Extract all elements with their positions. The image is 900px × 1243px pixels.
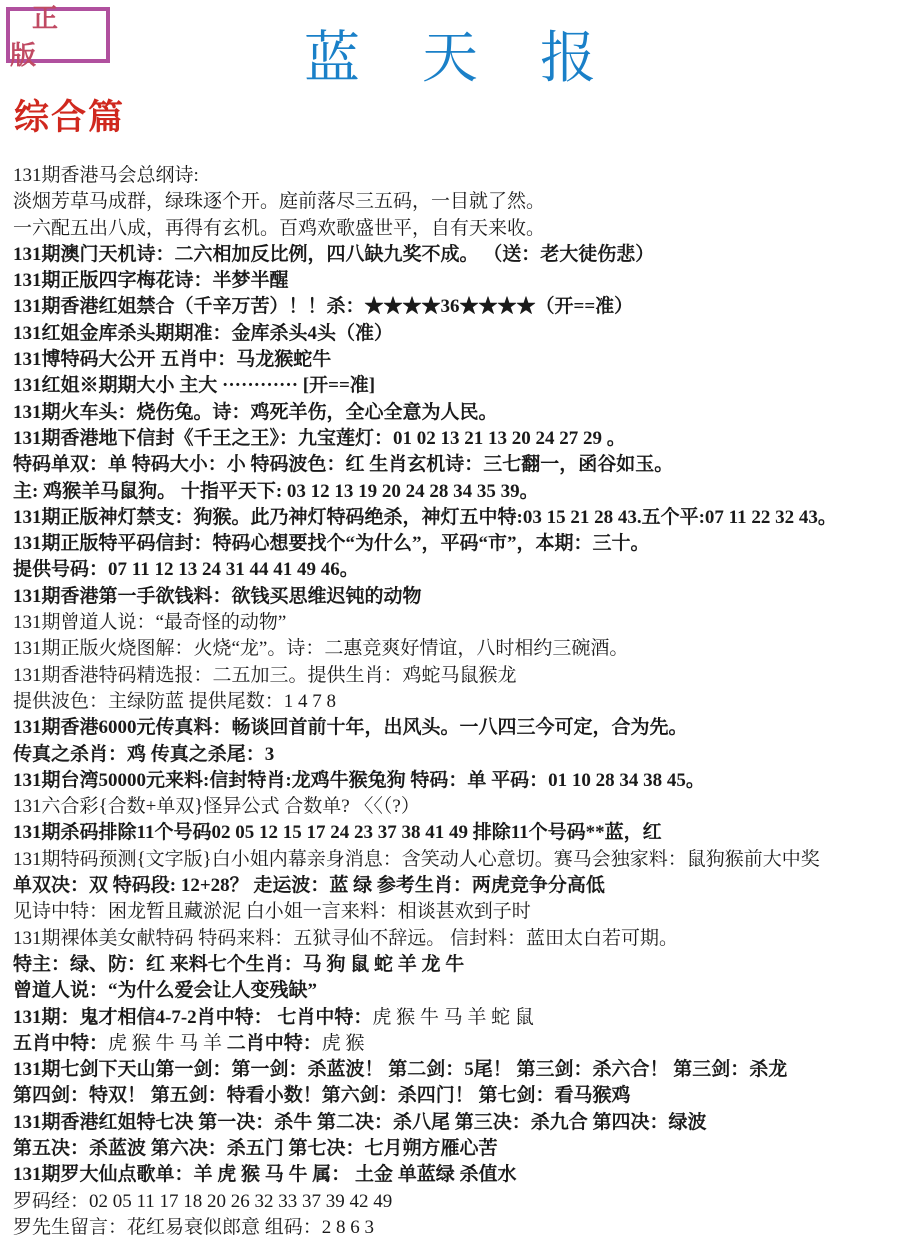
line-segment: 特码单双：单 特码大小：小 特码波色：红 生肖玄机诗：三七翻一，函谷如玉。 bbox=[13, 454, 673, 475]
line-segment: 虎 猴 bbox=[322, 1033, 365, 1054]
line-segment: 马 狗 鼠 蛇 羊 龙 牛 bbox=[303, 954, 465, 975]
report-line: 五肖中特：虎 猴 牛 马 羊 二肖中特：虎 猴 bbox=[13, 1031, 900, 1057]
report-line: 131期香港6000元传真料：畅谈回首前十年，出风头。一八四三今可定，合为先。 bbox=[13, 715, 900, 741]
report-line: 主: 鸡猴羊马鼠狗。 十指平天下: 03 12 13 19 20 24 28 3… bbox=[13, 479, 900, 505]
line-segment: 131期正版四字梅花诗：半梦半醒 bbox=[13, 270, 289, 291]
line-segment: 131期正版火烧图解：火烧“龙”。诗：二惠竞爽好情谊，八时相约三碗酒。 bbox=[13, 638, 628, 659]
line-segment: 131期杀码排除11个号码02 05 12 15 17 24 23 37 38 … bbox=[13, 822, 662, 843]
section-title: 综合篇 bbox=[14, 90, 125, 140]
report-line: 罗先生留言：花红易衰似郎意 组码：2 8 6 3 bbox=[13, 1215, 900, 1241]
report-line: 131期正版四字梅花诗：半梦半醒 bbox=[13, 268, 900, 294]
report-line: 单双决：双 特码段: 12+28？ 走运波：蓝 绿 参考生肖：两虎竞争分高低 bbox=[13, 873, 900, 899]
report-line: 第五决：杀蓝波 第六决：杀五门 第七决：七月朔方雁心苦 bbox=[13, 1136, 900, 1162]
line-segment: 罗码经：02 05 11 17 18 20 26 32 33 37 39 42 … bbox=[13, 1191, 392, 1212]
report-line: 131期正版特平码信封：特码心想要找个“为什么”，平码“市”，本期：三十。 bbox=[13, 531, 900, 557]
line-segment: 131期裸体美女献特码 特码来料：五狱寻仙不辞远。 信封料：蓝田太白若可期。 bbox=[13, 928, 678, 949]
report-line: 131期香港红姐特七决 第一决：杀牛 第二决：杀八尾 第三决：杀九合 第四决：绿… bbox=[13, 1110, 900, 1136]
report-line: 提供波色：主绿防蓝 提供尾数：1 4 7 8 bbox=[13, 689, 900, 715]
report-line: 131期正版神灯禁支：狗猴。此乃神灯特码绝杀，神灯五中特:03 15 21 28… bbox=[13, 505, 900, 531]
report-line: 131期特码预测{文字版}白小姐内幕亲身消息：含笑动人心意切。赛马会独家料：鼠狗… bbox=[13, 847, 900, 873]
report-line: 131期香港地下信封《千王之王》：九宝莲灯：01 02 13 21 13 20 … bbox=[13, 426, 900, 452]
line-segment: 131期正版特平码信封：特码心想要找个“为什么”，平码“市”，本期：三十。 bbox=[13, 533, 650, 554]
report-line: 131期正版火烧图解：火烧“龙”。诗：二惠竞爽好情谊，八时相约三碗酒。 bbox=[13, 636, 900, 662]
report-line: 传真之杀肖：鸡 传真之杀尾：3 bbox=[13, 742, 900, 768]
line-segment: 罗先生留言：花红易衰似郎意 组码：2 8 6 3 bbox=[13, 1217, 374, 1238]
report-line: 131期香港特码精选报：二五加三。提供生肖：鸡蛇马鼠猴龙 bbox=[13, 663, 900, 689]
line-segment: 131期香港第一手欲钱料：欲钱买思维迟钝的动物 bbox=[13, 586, 422, 607]
line-segment: 131期正版神灯禁支：狗猴。此乃神灯特码绝杀，神灯五中特:03 15 21 28… bbox=[13, 507, 837, 528]
line-segment: 131期香港6000元传真料：畅谈回首前十年，出风头。一八四三今可定，合为先。 bbox=[13, 717, 688, 738]
line-segment: 131期：鬼才相信4-7-2肖中特： 七肖中特： bbox=[13, 1007, 372, 1028]
line-segment: 131博特码大公开 五肖中：马龙猴蛇牛 bbox=[13, 349, 331, 370]
report-body: 131期香港马会总纲诗:淡烟芳草马成群，绿珠逐个开。庭前落尽三五码，一目就了然。… bbox=[13, 163, 900, 1241]
line-segment: 主: 鸡猴羊马鼠狗。 十指平天下: 03 12 13 19 20 24 28 3… bbox=[13, 481, 539, 502]
line-segment: 传真之杀肖：鸡 传真之杀尾：3 bbox=[13, 744, 274, 765]
line-segment: 131期火车头：烧伤兔。诗：鸡死羊伤，全心全意为人民。 bbox=[13, 402, 498, 423]
report-line: 131博特码大公开 五肖中：马龙猴蛇牛 bbox=[13, 347, 900, 373]
line-segment: 131期香港地下信封《千王之王》：九宝莲灯：01 02 13 21 13 20 … bbox=[13, 428, 626, 449]
report-line: 131期杀码排除11个号码02 05 12 15 17 24 23 37 38 … bbox=[13, 820, 900, 846]
report-line: 第四剑：特双！ 第五剑：特看小数！第六剑：杀四门！ 第七剑：看马猴鸡 bbox=[13, 1083, 900, 1109]
line-segment: 131期特码预测{文字版}白小姐内幕亲身消息：含笑动人心意切。赛马会独家料：鼠狗… bbox=[13, 849, 820, 870]
line-segment: 虎 猴 牛 马 羊 蛇 鼠 bbox=[372, 1007, 534, 1028]
report-line: 131期台湾50000元来料:信封特肖:龙鸡牛猴兔狗 特码：单 平码：01 10… bbox=[13, 768, 900, 794]
line-segment: 淡烟芳草马成群，绿珠逐个开。庭前落尽三五码，一目就了然。 bbox=[13, 191, 545, 212]
report-line: 特码单双：单 特码大小：小 特码波色：红 生肖玄机诗：三七翻一，函谷如玉。 bbox=[13, 452, 900, 478]
line-segment: 曾道人说：“为什么爱会让人变残缺” bbox=[13, 980, 317, 1001]
page-title: 蓝天报 bbox=[0, 14, 900, 94]
line-segment: 虎 猴 牛 马 羊 bbox=[108, 1033, 222, 1054]
report-line: 131期裸体美女献特码 特码来料：五狱寻仙不辞远。 信封料：蓝田太白若可期。 bbox=[13, 926, 900, 952]
report-line: 131红姐※期期大小 主大 ············ [开==准] bbox=[13, 373, 900, 399]
report-line: 131期罗大仙点歌单：羊 虎 猴 马 牛 属： 土金 单蓝绿 杀值水 bbox=[13, 1162, 900, 1188]
report-line: 见诗中特：困龙暂且藏淤泥 白小姐一言来料：相谈甚欢到子时 bbox=[13, 899, 900, 925]
line-segment: 131红姐※期期大小 主大 ············ [开==准] bbox=[13, 375, 375, 396]
line-segment: 第四剑：特双！ 第五剑：特看小数！第六剑：杀四门！ 第七剑：看马猴鸡 bbox=[13, 1085, 631, 1106]
line-segment: 131期香港特码精选报：二五加三。提供生肖：鸡蛇马鼠猴龙 bbox=[13, 665, 517, 686]
report-line: 罗码经：02 05 11 17 18 20 26 32 33 37 39 42 … bbox=[13, 1189, 900, 1215]
line-segment: 一六配五出八成，再得有玄机。百鸡欢歌盛世平，自有天来收。 bbox=[13, 218, 545, 239]
report-line: 131红姐金库杀头期期准：金库杀头4头（准） bbox=[13, 321, 900, 347]
line-segment: 五肖中特： bbox=[13, 1033, 108, 1054]
line-segment: 131期香港红姐特七决 第一决：杀牛 第二决：杀八尾 第三决：杀九合 第四决：绿… bbox=[13, 1112, 707, 1133]
line-segment: 特主：绿、防：红 来料七个生肖： bbox=[13, 954, 303, 975]
report-line: 一六配五出八成，再得有玄机。百鸡欢歌盛世平，自有天来收。 bbox=[13, 216, 900, 242]
report-line: 131期香港红姐禁合（千辛万苦）！！杀：★★★★36★★★★（开==准） bbox=[13, 294, 900, 320]
line-segment: 131期罗大仙点歌单：羊 虎 猴 马 牛 属： 土金 单蓝绿 杀值水 bbox=[13, 1164, 517, 1185]
line-segment: 131期七剑下天山第一剑：第一剑：杀蓝波！ 第二剑：5尾！ 第三剑：杀六合！ 第… bbox=[13, 1059, 787, 1080]
line-segment: 131期澳门天机诗：二六相加反比例，四八缺九奖不成。 （送：老大徒伤悲） bbox=[13, 244, 654, 265]
report-line: 131六合彩{合数+单双}怪异公式 合数单? 〈〈（?） bbox=[13, 794, 900, 820]
report-line: 131期火车头：烧伤兔。诗：鸡死羊伤，全心全意为人民。 bbox=[13, 400, 900, 426]
line-segment: 131期香港马会总纲诗: bbox=[13, 165, 199, 186]
report-line: 特主：绿、防：红 来料七个生肖：马 狗 鼠 蛇 羊 龙 牛 bbox=[13, 952, 900, 978]
report-line: 131期澳门天机诗：二六相加反比例，四八缺九奖不成。 （送：老大徒伤悲） bbox=[13, 242, 900, 268]
line-segment: 提供波色：主绿防蓝 提供尾数：1 4 7 8 bbox=[13, 691, 336, 712]
line-segment: 见诗中特：困龙暂且藏淤泥 白小姐一言来料：相谈甚欢到子时 bbox=[13, 901, 531, 922]
line-segment: 131期台湾50000元来料:信封特肖:龙鸡牛猴兔狗 特码：单 平码：01 10… bbox=[13, 770, 705, 791]
line-segment: 131期香港红姐禁合（千辛万苦）！！杀：★★★★36★★★★（开==准） bbox=[13, 296, 633, 317]
line-segment: 第五决：杀蓝波 第六决：杀五门 第七决：七月朔方雁心苦 bbox=[13, 1138, 498, 1159]
report-line: 提供号码：07 11 12 13 24 31 44 41 49 46。 bbox=[13, 557, 900, 583]
line-segment: 131红姐金库杀头期期准：金库杀头4头（准） bbox=[13, 323, 393, 344]
report-line: 131期七剑下天山第一剑：第一剑：杀蓝波！ 第二剑：5尾！ 第三剑：杀六合！ 第… bbox=[13, 1057, 900, 1083]
line-segment: 131六合彩{合数+单双}怪异公式 合数单? 〈〈（?） bbox=[13, 796, 420, 817]
line-segment: 单双决：双 特码段: 12+28？ 走运波：蓝 绿 参考生肖：两虎竞争分高低 bbox=[13, 875, 605, 896]
line-segment: 提供号码：07 11 12 13 24 31 44 41 49 46。 bbox=[13, 559, 359, 580]
report-line: 曾道人说：“为什么爱会让人变残缺” bbox=[13, 978, 900, 1004]
report-line: 淡烟芳草马成群，绿珠逐个开。庭前落尽三五码，一目就了然。 bbox=[13, 189, 900, 215]
line-segment: 二肖中特： bbox=[222, 1033, 322, 1054]
line-segment: 131期曾道人说：“最奇怪的动物” bbox=[13, 612, 286, 633]
report-line: 131期香港马会总纲诗: bbox=[13, 163, 900, 189]
report-line: 131期曾道人说：“最奇怪的动物” bbox=[13, 610, 900, 636]
report-line: 131期：鬼才相信4-7-2肖中特： 七肖中特：虎 猴 牛 马 羊 蛇 鼠 bbox=[13, 1005, 900, 1031]
report-line: 131期香港第一手欲钱料：欲钱买思维迟钝的动物 bbox=[13, 584, 900, 610]
